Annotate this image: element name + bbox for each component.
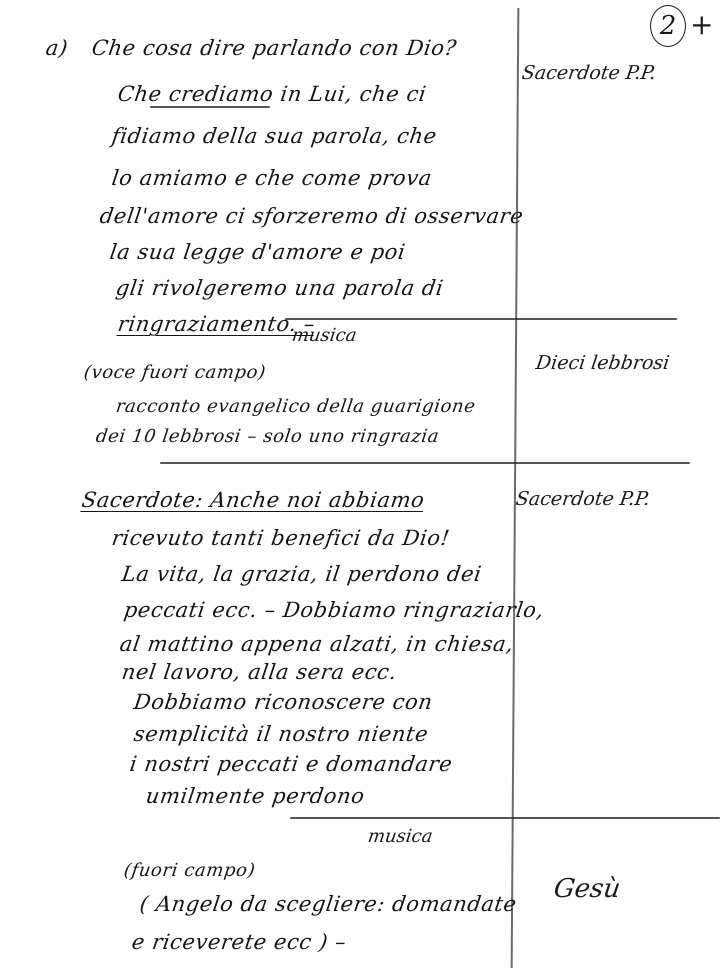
text-line: Dobbiamo riconoscere con bbox=[132, 690, 434, 714]
page-number: 2 bbox=[660, 11, 677, 41]
text-line: nel lavoro, alla sera ecc. bbox=[120, 660, 398, 684]
section-marker: a) bbox=[44, 36, 69, 60]
role-label: Sacerdote P.P. bbox=[520, 62, 657, 84]
manuscript-page: 2 + a) Che cosa dire parlando con Dio? C… bbox=[0, 0, 724, 972]
text-line: Che crediamo in Lui, che ci bbox=[116, 82, 428, 106]
role-label: Dieci lebbrosi bbox=[534, 352, 670, 374]
text-line: racconto evangelico della guarigione bbox=[115, 396, 477, 417]
text-line: semplicità il nostro niente bbox=[132, 722, 430, 746]
section-separator bbox=[290, 817, 720, 819]
underline bbox=[150, 106, 270, 108]
text-line: fidiamo della sua parola, che bbox=[110, 124, 438, 148]
stage-direction: (fuori campo) bbox=[123, 860, 257, 881]
music-cue: musica bbox=[367, 826, 434, 847]
text-line: la sua legge d'amore e poi bbox=[108, 240, 407, 264]
text-line: gli rivolgeremo una parola di bbox=[114, 276, 445, 300]
section-separator bbox=[160, 462, 690, 464]
page-number-circle: 2 bbox=[650, 5, 686, 47]
text-line: ( Angelo da scegliere: domandate bbox=[138, 892, 518, 916]
music-cue: musica bbox=[291, 325, 358, 346]
text-line: umilmente perdono bbox=[144, 784, 366, 808]
text-line: dell'amore ci sforzeremo di osservare bbox=[98, 204, 525, 228]
text-line: Che cosa dire parlando con Dio? bbox=[90, 36, 458, 60]
role-label: Sacerdote P.P. bbox=[514, 488, 651, 510]
text-line: ringraziamento. – bbox=[116, 312, 317, 336]
text-line: ricevuto tanti benefici da Dio! bbox=[110, 526, 451, 550]
text-line: al mattino appena alzati, in chiesa, bbox=[118, 632, 515, 656]
role-label: Gesù bbox=[552, 874, 622, 904]
text-line: Sacerdote: Anche noi abbiamo bbox=[80, 488, 426, 512]
text-line: dei 10 lebbrosi – solo uno ringrazia bbox=[95, 426, 441, 447]
text-line: e riceverete ecc ) – bbox=[130, 930, 348, 954]
text-line: lo amiamo e che come prova bbox=[110, 166, 433, 190]
text-line: peccati ecc. – Dobbiamo ringraziarlo, bbox=[122, 598, 545, 622]
page-mark: + bbox=[690, 8, 713, 41]
text-line: La vita, la grazia, il perdono dei bbox=[120, 562, 483, 586]
section-separator bbox=[285, 318, 677, 320]
text-line: i nostri peccati e domandare bbox=[128, 752, 454, 776]
stage-direction: (voce fuori campo) bbox=[83, 362, 268, 383]
